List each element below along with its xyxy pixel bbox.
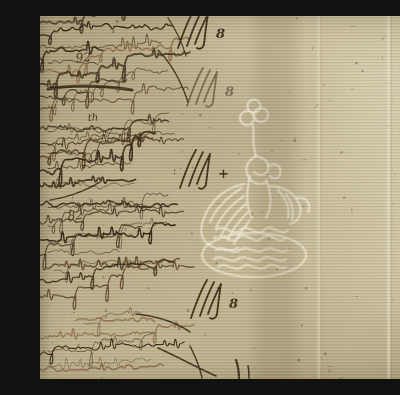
watermark-line [253,125,256,156]
paper-speck [281,140,282,141]
paper-speck [104,309,107,312]
paper-fiber [323,84,326,87]
legible-token: th [87,112,98,124]
paper-speck [101,377,103,379]
margin-mark-stroke [210,314,217,319]
paper-speck [297,55,298,56]
margin-mark-stroke [196,70,210,104]
script-line-echo [48,68,168,115]
paper-speck [343,151,344,152]
margin-mark-value: + [218,167,229,182]
paper-speck [192,251,193,252]
paper-speck [329,100,330,101]
paper-speck [255,367,256,368]
paper-speck [182,113,183,114]
paper-fiber [315,104,318,107]
legible-token: : [172,166,176,177]
paper-speck [325,288,326,289]
paper-speck [362,70,364,72]
paper-speck [102,276,105,279]
paper-fiber [382,36,385,41]
paper-speck [232,292,233,293]
manuscript-photo: Photograph of an early-modern handwritte… [40,16,400,379]
margin-mark: 8 [191,280,238,319]
paper-speck [356,296,357,297]
paper-speck [346,208,347,209]
paper-speck [341,373,342,374]
paper-speck [351,88,353,90]
paper-speck [253,348,254,349]
ink-flourish [236,360,239,378]
margin-mark-value: 8 [216,27,225,42]
paper-speck [328,369,331,372]
script-line [40,339,184,364]
watermark-line [268,164,280,178]
paper-speck [129,233,131,235]
paper-speck [317,207,318,208]
legible-token: 92 [75,50,91,65]
paper-speck [343,196,346,199]
paper-speck [70,133,72,135]
watermark-line [254,156,268,175]
margin-mark-value: 8 [229,297,238,312]
script-line [76,318,155,322]
watermark-trefoil-leaf [254,108,268,122]
paper-fiber [338,377,344,379]
script-line [40,322,194,343]
paper-speck [271,150,273,152]
paper-speck [149,228,150,229]
paper-speck [302,205,305,208]
paper-specks [43,17,400,379]
manuscript-art: 92th82:88+8 [40,16,400,379]
script-line [40,34,161,49]
margin-mark-value: 8 [225,85,234,100]
paper-speck [268,238,270,240]
paper-speck [296,17,298,19]
paper-speck [88,198,90,200]
script-line [40,261,194,309]
ink-flourish [248,366,249,378]
paper-speck [394,174,396,176]
margin-mark-stroke [180,150,196,188]
paper-speck [187,309,190,312]
paper-speck [77,344,80,347]
margin-mark: + [180,150,229,189]
paper-speck [105,316,107,318]
margin-mark-stroke [197,44,204,49]
paper-speck [103,225,104,226]
legible-token: 82 [67,208,83,223]
margin-mark-stroke [206,102,213,107]
paper-speck [124,228,127,231]
paper-speck [73,312,75,314]
paper-speck [74,160,75,161]
margin-mark-stroke [189,152,203,186]
paper-speck [393,203,394,204]
watermark-line [216,228,288,233]
paper-speck [204,334,206,336]
paper-speck [69,93,70,94]
paper-speck [238,153,240,155]
script-line-echo [48,131,174,161]
paper-speck [320,357,322,359]
script-line [40,49,190,97]
watermark-line [218,265,286,269]
paper-speck [276,268,278,270]
paper-speck [301,325,303,327]
paper-fiber [72,195,73,201]
paper-speck [391,299,393,301]
paper-fiber [45,349,46,351]
paper-speck [112,30,115,33]
paper-speck [216,68,218,70]
ink-flourish [136,314,190,332]
paper-speck [340,151,343,154]
paper-speck [52,342,54,344]
paper-speck [207,51,208,52]
watermark-line [210,188,242,222]
paper-speck [191,232,193,234]
paper-speck [250,289,252,291]
paper-speck [116,20,118,22]
paper-speck [47,305,49,307]
paper-speck [396,356,397,357]
margin-mark: 8 [178,16,225,49]
paper-fiber [327,366,331,367]
margin-mark: 8 [187,68,234,107]
paper-speck [147,287,149,289]
paper-speck [308,62,309,63]
script-line-echo [48,249,119,255]
paper-speck [199,114,202,117]
paper-speck [96,237,98,239]
watermark-line [216,248,288,251]
paper-speck [289,91,290,92]
paper-speck [297,359,300,362]
paper-speck [305,287,308,290]
paper-speck [387,82,388,83]
paper-speck [355,62,358,65]
margin-mark-stroke [187,68,203,106]
paper-speck [181,150,184,153]
watermark-line [214,257,286,260]
paper-speck [197,240,198,241]
paper-speck [170,303,171,304]
paper-speck [272,197,273,198]
margin-mark-stroke [199,184,206,189]
watermark-trefoil-eagle [201,100,309,278]
paper-speck [192,167,194,169]
paper-speck [235,254,237,256]
paper-speck [215,262,217,264]
paper-speck [386,125,388,127]
paper-fiber [350,26,356,27]
paper-fiber [312,46,313,50]
margin-mark-stroke [200,282,214,316]
ink-flourish [190,346,202,378]
paper-fiber [382,55,383,59]
paper-speck [324,352,327,355]
ink-flourish [158,50,188,102]
watermark-line [270,186,301,224]
margin-mark-stroke [191,280,207,318]
watermark-line [216,196,244,228]
paper-speck [318,125,319,126]
paper-speck [180,167,182,169]
watermark-trefoil-leaf [248,100,261,113]
paper-speck [71,313,72,314]
script-line-echo [48,357,151,368]
ink-flourish [158,348,216,376]
